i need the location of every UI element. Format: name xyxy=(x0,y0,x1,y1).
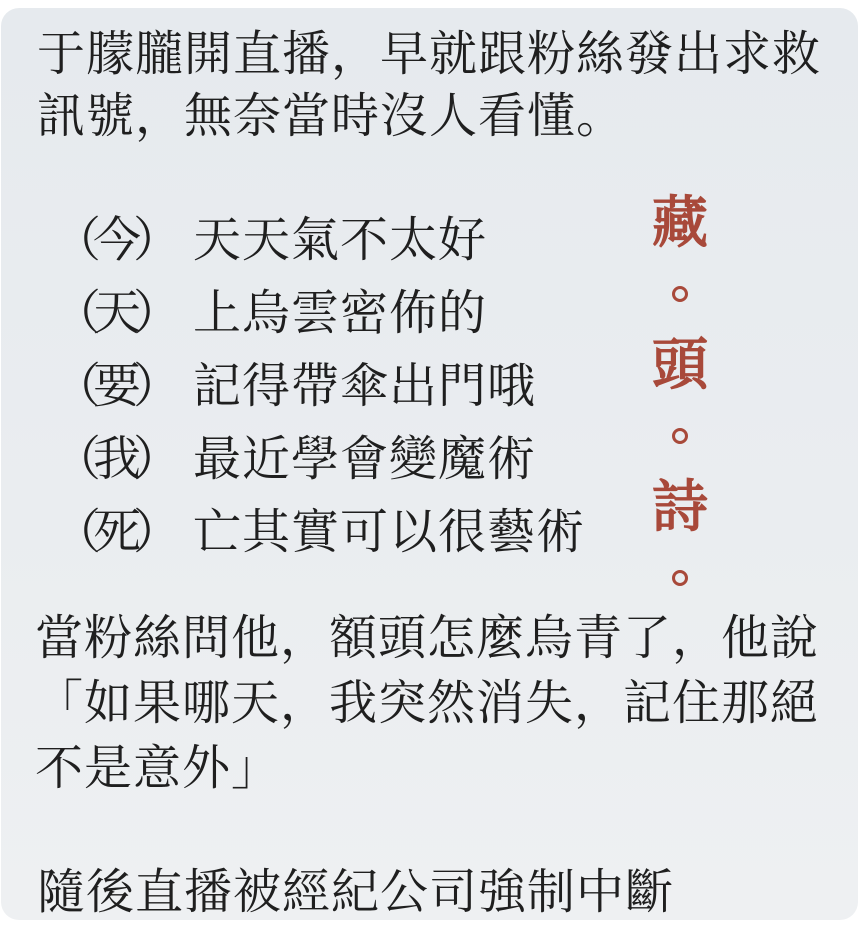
poem-line: （天） 上烏雲密佈的 xyxy=(53,277,585,350)
poem-line-tail: 天天氣不太好 xyxy=(193,204,487,277)
poem-line-head: （死） xyxy=(53,496,173,569)
poem-line: （要） 記得帶傘出門哦 xyxy=(53,350,585,423)
poem-line: （今） 天天氣不太好 xyxy=(53,204,585,277)
poem-line-head: （要） xyxy=(53,350,173,423)
poem-line-tail: 亡其實可以很藝術 xyxy=(193,496,585,569)
poem-line-tail: 最近學會變魔術 xyxy=(193,423,536,496)
ideographic-period-icon xyxy=(672,428,688,444)
acrostic-label-char: 頭 xyxy=(652,336,708,394)
poem-line-head: （今） xyxy=(53,204,173,277)
acrostic-label-char: 藏 xyxy=(652,194,708,252)
screenshot-stage: 于朦朧開直播，早就跟粉絲發出求救 訊號，無奈當時沒人看懂。 （今） 天天氣不太好… xyxy=(0,0,859,928)
acrostic-label-char: 詩 xyxy=(652,478,708,536)
quote-paragraph: 當粉絲問他，額頭怎麼烏青了，他說 「如果哪天，我突然消失，記住那絕 不是意外」 xyxy=(35,606,845,801)
poem-line-tail: 上烏雲密佈的 xyxy=(193,277,487,350)
acrostic-poem-list: （今） 天天氣不太好 （天） 上烏雲密佈的 （要） 記得帶傘出門哦 （我） 最近… xyxy=(53,204,585,569)
ideographic-period-icon xyxy=(672,286,688,302)
post-card: 于朦朧開直播，早就跟粉絲發出求救 訊號，無奈當時沒人看懂。 （今） 天天氣不太好… xyxy=(1,8,858,920)
footer-paragraph: 隨後直播被經紀公司強制中斷 xyxy=(37,864,837,922)
poem-line-head: （我） xyxy=(53,423,173,496)
poem-line: （死） 亡其實可以很藝術 xyxy=(53,496,585,569)
intro-paragraph: 于朦朧開直播，早就跟粉絲發出求救 訊號，無奈當時沒人看懂。 xyxy=(37,24,837,148)
poem-line-head: （天） xyxy=(53,277,173,350)
ideographic-period-icon xyxy=(672,570,688,586)
poem-line: （我） 最近學會變魔術 xyxy=(53,423,585,496)
acrostic-label: 藏 頭 詩 xyxy=(648,194,712,586)
poem-line-tail: 記得帶傘出門哦 xyxy=(193,350,536,423)
